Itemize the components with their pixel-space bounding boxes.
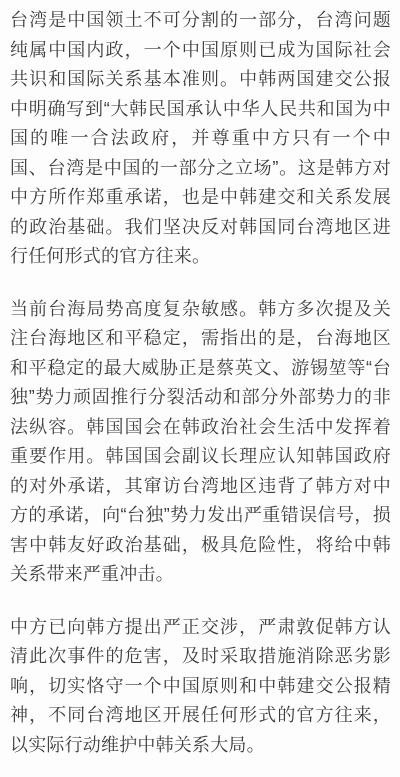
article-body: 台湾是中国领土不可分割的一部分，台湾问题纯属中国内政，一个中国原则已成为国际社会… <box>0 0 400 777</box>
paragraph-2: 当前台海局势高度复杂敏感。韩方多次提及关注台海地区和平稳定，需指出的是，台海地区… <box>10 295 391 590</box>
paragraph-3: 中方已向韩方提出严正交涉，严肃敦促韩方认清此次事件的危害，及时采取措施消除恶劣影… <box>10 613 391 761</box>
paragraph-1: 台湾是中国领土不可分割的一部分，台湾问题纯属中国内政，一个中国原则已成为国际社会… <box>10 6 391 272</box>
